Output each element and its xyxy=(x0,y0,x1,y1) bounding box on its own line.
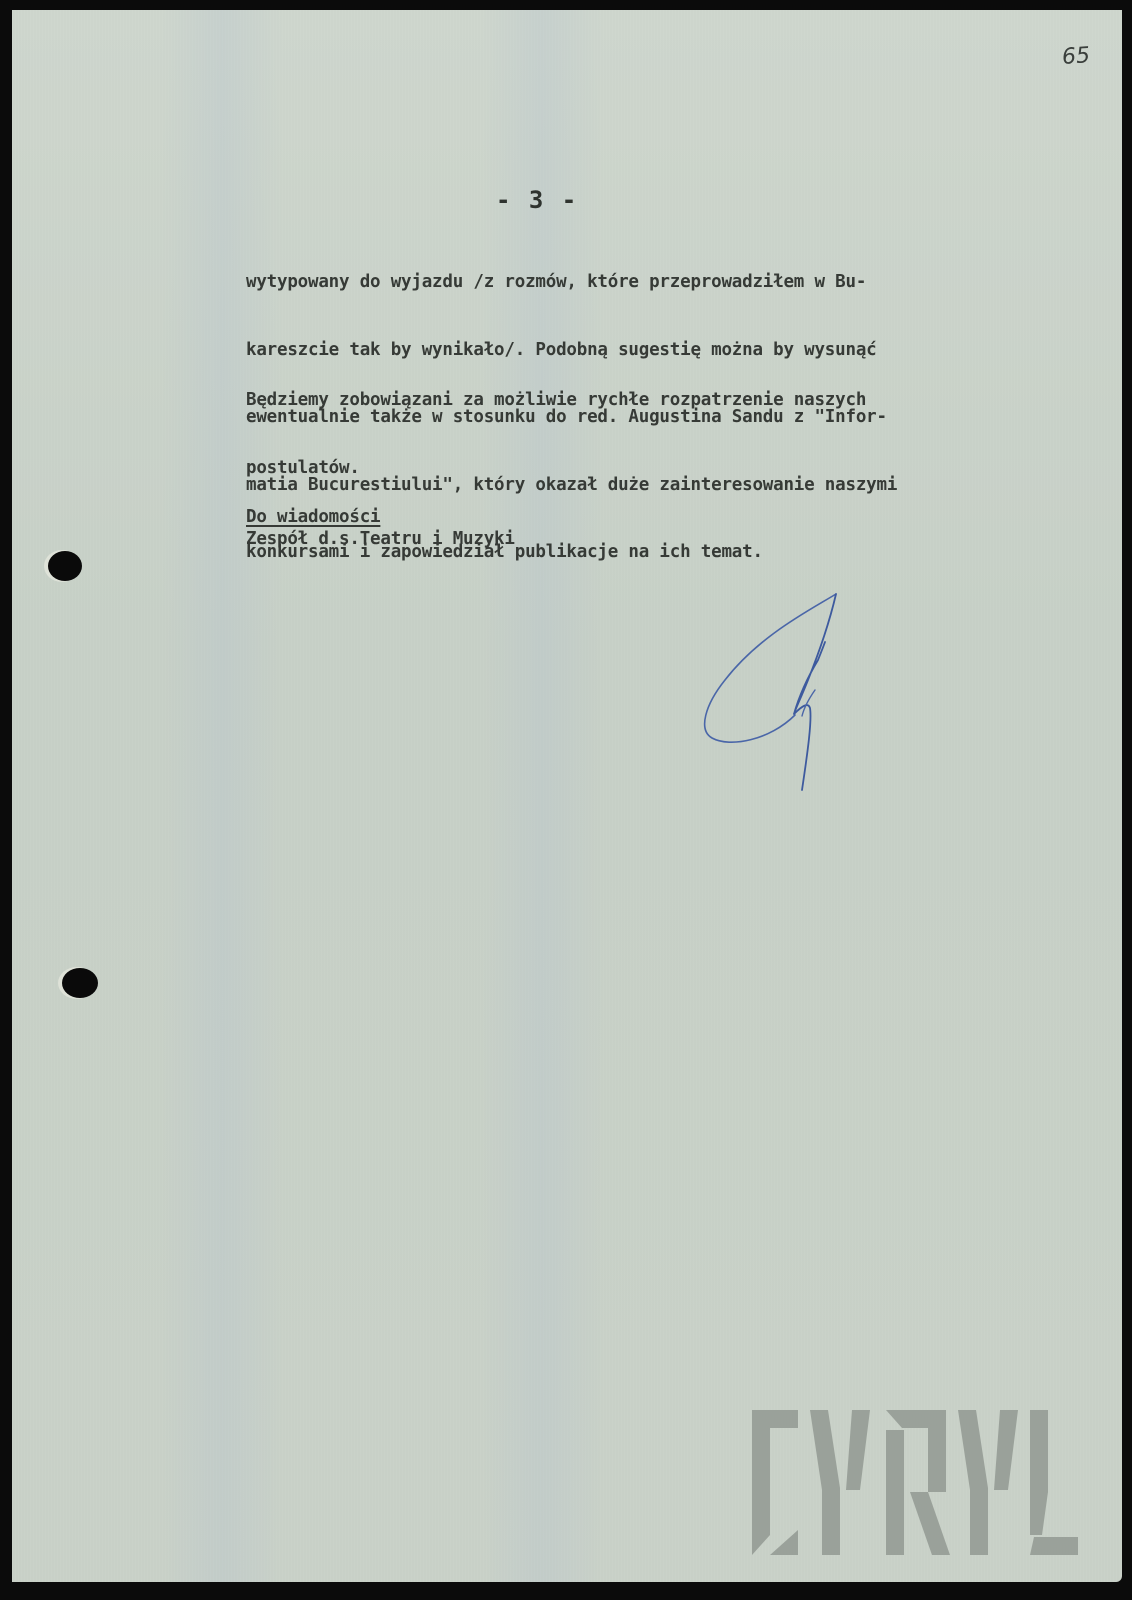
punch-hole xyxy=(48,551,82,581)
cc-heading: Do wiadomości xyxy=(246,506,380,529)
cyryl-watermark-logo xyxy=(752,1410,1092,1560)
text-line: postulatów. xyxy=(246,457,866,480)
handwritten-page-number: 65 xyxy=(1061,43,1091,70)
punch-hole xyxy=(62,968,98,998)
text-line: wytypowany do wyjazdu /z rozmów, które p… xyxy=(246,271,897,294)
paragraph-2: Będziemy zobowiązani za możliwie rychłe … xyxy=(246,344,866,502)
text-line: Będziemy zobowiązani za możliwie rychłe … xyxy=(246,389,866,412)
page-marker: - 3 - xyxy=(496,186,578,214)
signature-icon xyxy=(690,590,860,810)
cc-recipient: Zespół d.s.Teatru i Muzyki xyxy=(246,528,515,551)
